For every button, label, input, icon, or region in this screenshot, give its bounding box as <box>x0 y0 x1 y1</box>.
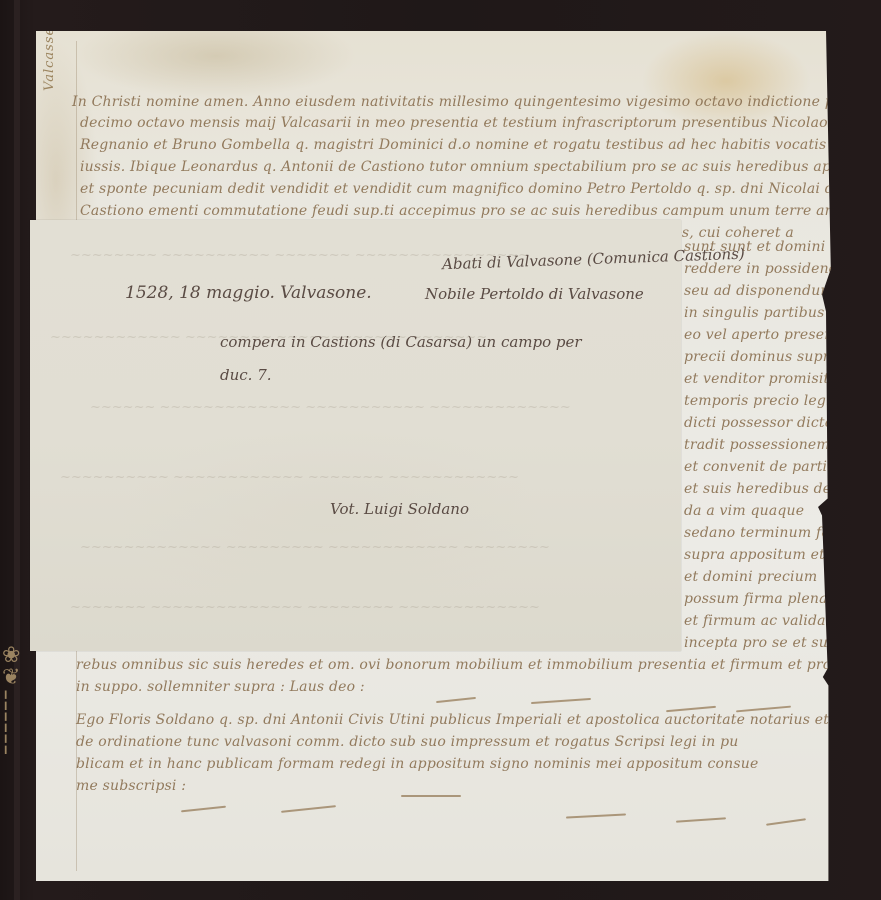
note-line-1: Nobile Pertoldo di Valvasone <box>425 285 644 303</box>
flourish-stroke <box>401 795 461 797</box>
text-line: et domini precium <box>684 569 817 585</box>
text-line: blicam et in hanc publicam formam redegi… <box>76 756 759 772</box>
flourish-stroke <box>766 818 806 826</box>
show-through-text: ~~~~~~~ ~~~~~~~~~~~~~~ ~~~~~~~~ ~~~~~~~~… <box>70 600 540 615</box>
note-date: 1528, 18 maggio. Valvasone. <box>125 283 372 303</box>
show-through-text: ~~~~~~~~~~ ~~~~~~~~~~~~ ~~~~~~~ ~~~~~~~~… <box>60 470 519 485</box>
text-line: et firmum ac valida <box>684 613 826 629</box>
text-line: da a vim quaque <box>684 503 804 519</box>
text-line: Ego Floris Soldano q. sp. dni Antonii Ci… <box>76 712 829 728</box>
flourish-stroke <box>531 698 591 704</box>
text-line: incepta pro se et suis <box>684 635 840 651</box>
text-line: decimo octavo mensis maij Valcasarii in … <box>80 115 881 131</box>
text-line: In Christi nomine amen. Anno eiusdem nat… <box>72 94 812 110</box>
flourish-stroke <box>181 806 226 813</box>
text-line: me subscripsi : <box>76 778 186 794</box>
notary-sign-icon: ❀❦¦¦¦ <box>2 645 32 845</box>
show-through-text: ~~~~~~~~~~~~~ ~~~~~~~~~ ~~~~~~~~~~~~ ~~~… <box>80 540 550 555</box>
text-line: precii dominus supra <box>684 349 838 365</box>
text-line: de ordinatione tunc valvasoni comm. dict… <box>76 734 739 750</box>
flourish-stroke <box>436 697 476 703</box>
text-line: dicti possessor dicto <box>684 415 833 431</box>
text-line: iussis. Ibique Leonardus q. Antonii de C… <box>80 159 881 175</box>
text-line: et venditor promisit <box>684 371 829 387</box>
note-line-2: compera in Castions (di Casarsa) un camp… <box>220 333 582 351</box>
text-line: Regnanio et Bruno Gombella q. magistri D… <box>80 137 881 153</box>
show-through-text: ~~~~~~ ~~~~~~~~~~~~~ ~~~~~~~~~~~ ~~~~~~~… <box>90 400 571 415</box>
archival-note-slip: ~~~~~~~~ ~~~~~~~~~~ ~~~~~~~ ~~~~~~~~~~~~… <box>30 220 681 651</box>
flourish-stroke <box>676 817 726 822</box>
text-line: eo vel aperto presenti <box>684 327 844 343</box>
text-line: Castiono ementi commutatione feudi sup.t… <box>80 203 851 219</box>
text-line: et suis heredibus de <box>684 481 831 497</box>
text-line: temporis precio legit <box>684 393 837 409</box>
text-line: in suppo. sollemniter supra : Laus deo : <box>76 679 365 695</box>
text-line: in singulis partibus ad <box>684 305 847 321</box>
text-line: sedano terminum fe <box>684 525 830 541</box>
text-line: possum firma plena <box>684 591 828 607</box>
note-line-3: duc. 7. <box>220 366 272 384</box>
note-signature: Vot. Luigi Soldano <box>330 500 469 518</box>
text-line: rebus omnibus sic suis heredes et om. ov… <box>76 657 831 673</box>
text-line: et sponte pecuniam dedit vendidit et ven… <box>80 181 842 197</box>
flourish-stroke <box>566 813 626 818</box>
flourish-stroke <box>281 805 336 813</box>
